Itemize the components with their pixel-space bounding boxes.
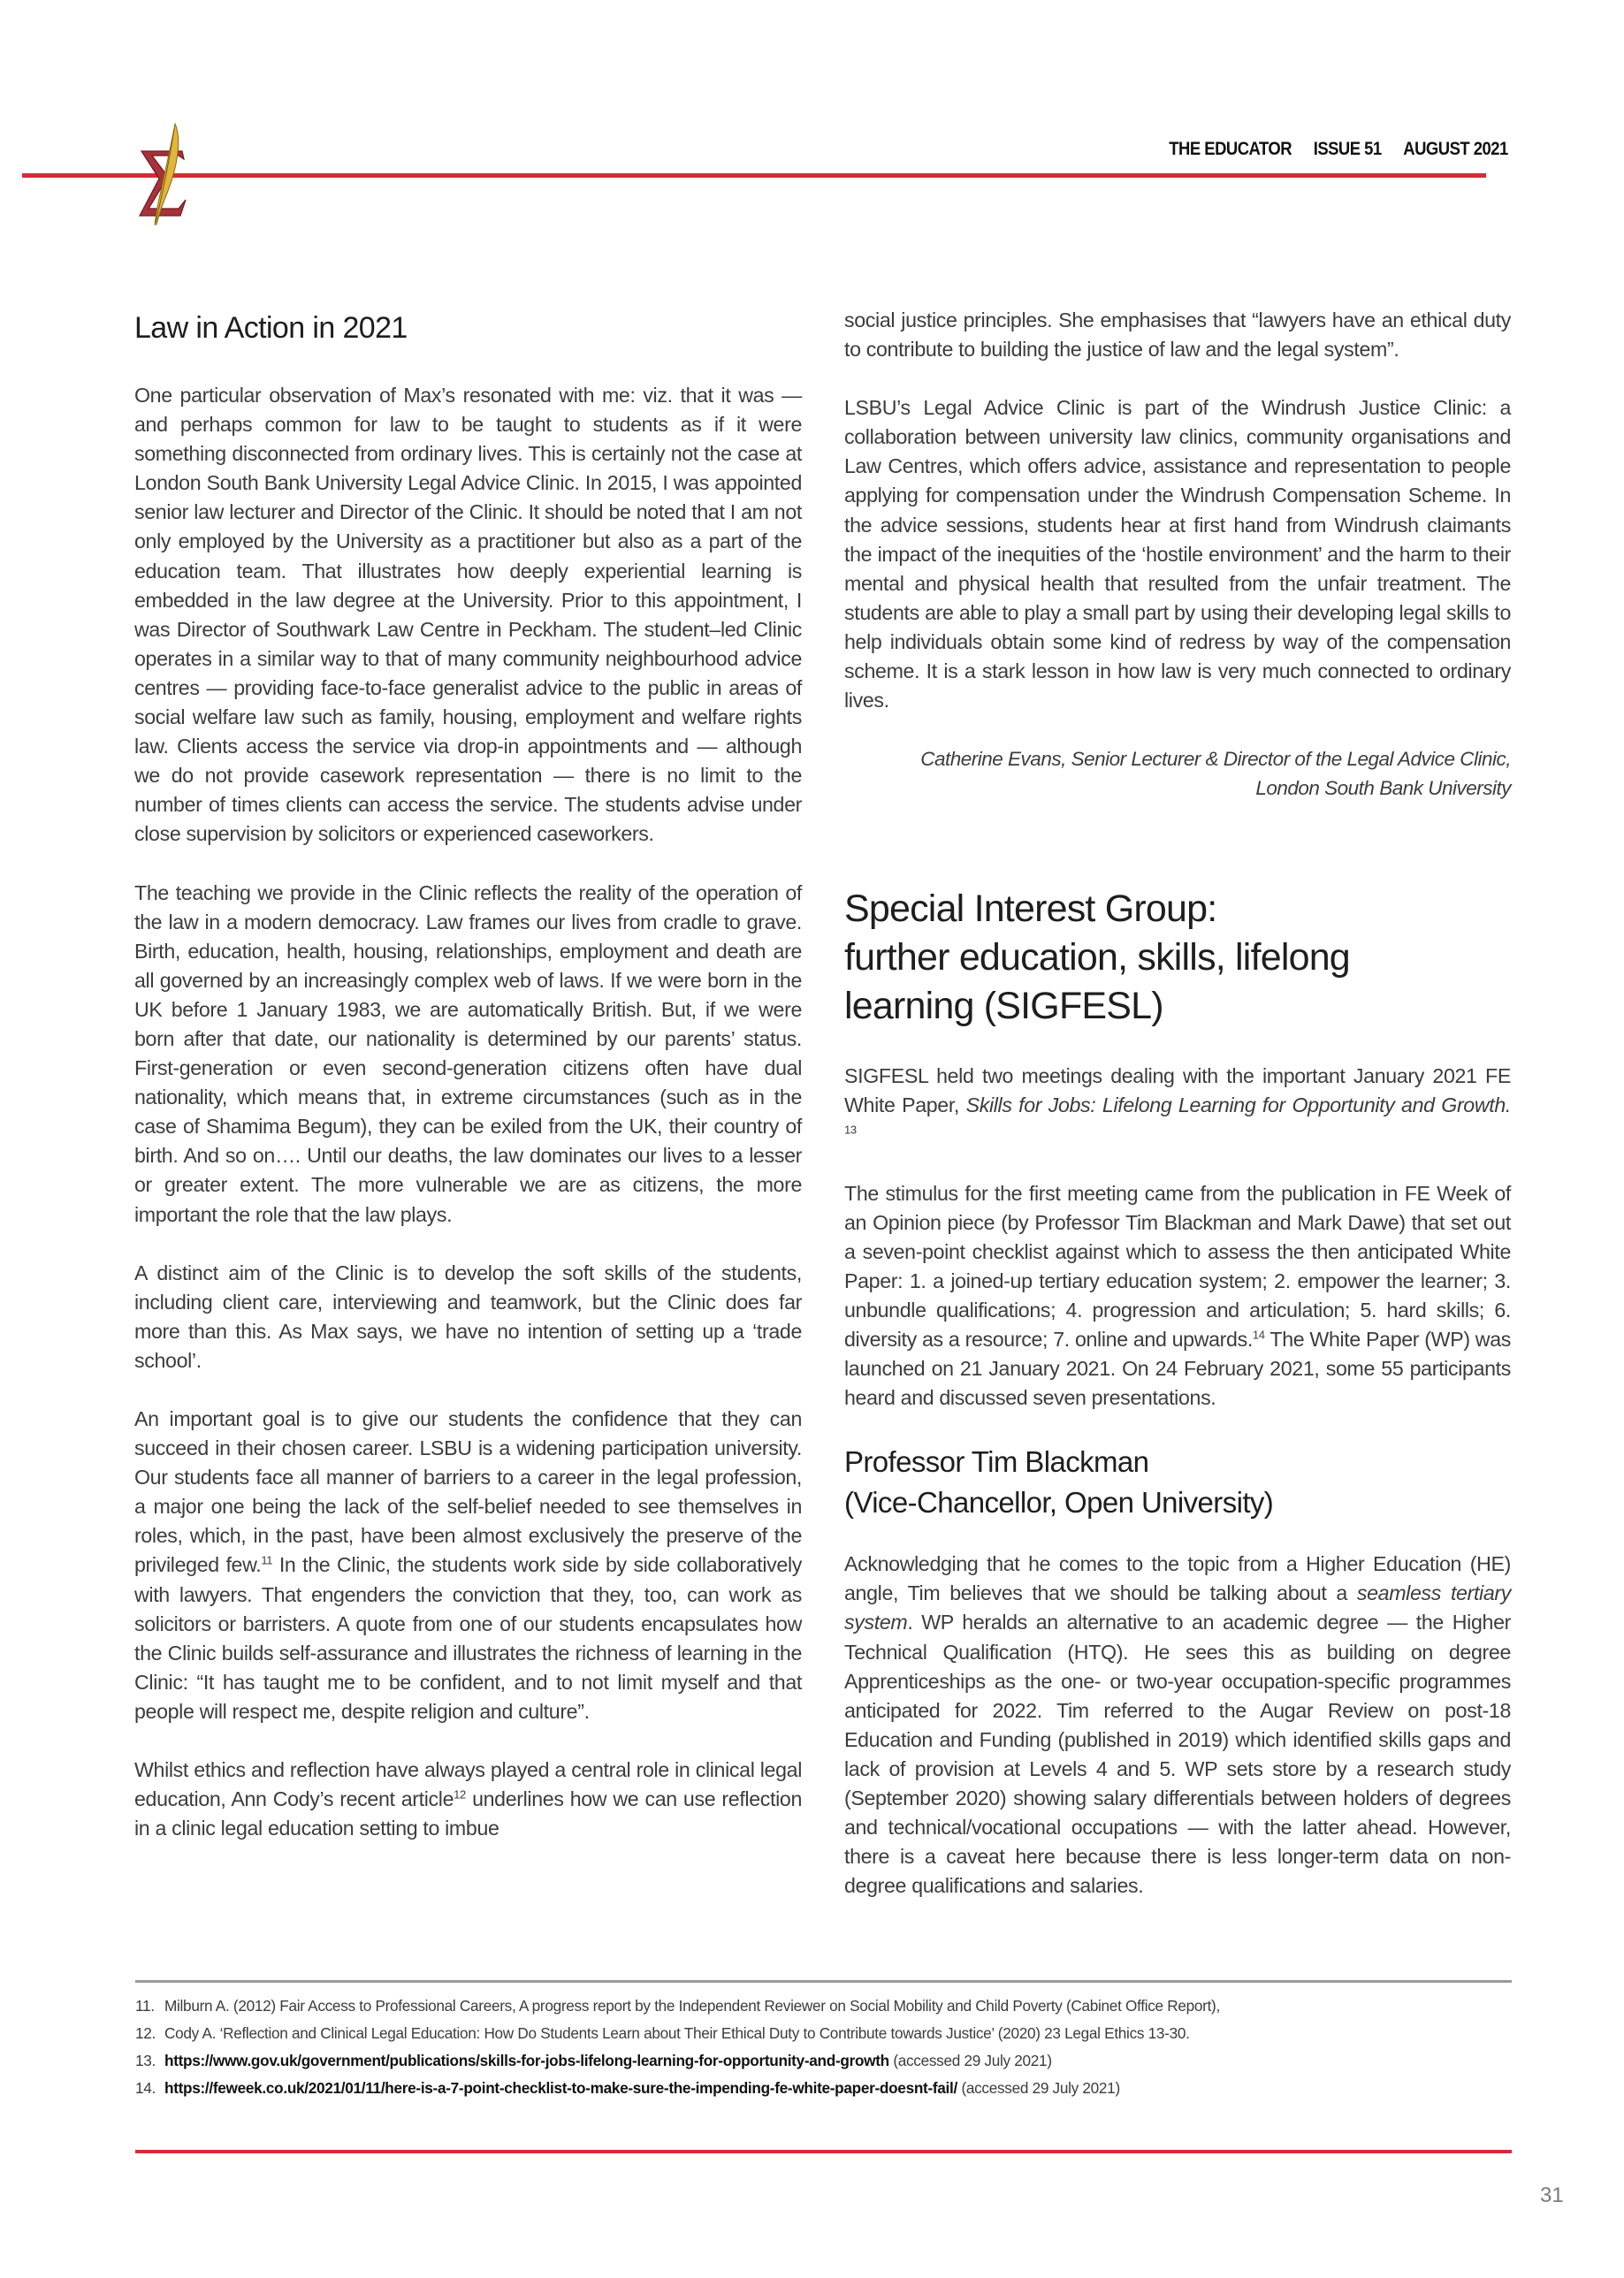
footer-rule	[135, 2150, 1512, 2153]
sigma-quill-logo-icon	[133, 122, 194, 226]
footnote-number: 12.	[135, 2020, 164, 2047]
footnote-accessed: (accessed 29 July 2021)	[889, 2052, 1052, 2069]
white-paper-title: Skills for Jobs: Lifelong Learning for O…	[966, 1093, 1511, 1116]
author-byline: Catherine Evans, Senior Lecturer & Direc…	[844, 744, 1511, 803]
byline-role: Catherine Evans, Senior Lecturer & Direc…	[844, 744, 1511, 773]
issue-number: ISSUE 51	[1314, 139, 1382, 159]
body-paragraph: An important goal is to give our student…	[134, 1405, 802, 1726]
footnote-ref-13[interactable]: 13	[844, 1124, 857, 1137]
footnote-ref-12[interactable]: 12	[454, 1787, 466, 1801]
body-paragraph: One particular observation of Max’s reso…	[134, 381, 802, 849]
publication-name: THE EDUCATOR	[1170, 139, 1292, 159]
body-paragraph: LSBU’s Legal Advice Clinic is part of th…	[844, 393, 1511, 715]
footnote-13: 13.https://www.gov.uk/government/publica…	[135, 2047, 1550, 2075]
paragraph-text: An important goal is to give our student…	[134, 1407, 802, 1576]
masthead: THE EDUCATORISSUE 51AUGUST 2021	[1147, 139, 1508, 160]
body-paragraph: Acknowledging that he comes to the topic…	[844, 1550, 1511, 1901]
speaker-role: (Vice-Chancellor, Open University)	[844, 1482, 1511, 1523]
section-title-line: Special Interest Group:	[844, 885, 1511, 933]
footnote-number: 11.	[135, 1992, 164, 2020]
footnote-14: 14.https://feweek.co.uk/2021/01/11/here-…	[135, 2075, 1550, 2102]
body-paragraph: A distinct aim of the Clinic is to devel…	[134, 1259, 802, 1375]
footnote-text: Cody A. ‘Reflection and Clinical Legal E…	[164, 2024, 1190, 2042]
paragraph-text: . WP heralds an alternative to an academ…	[844, 1611, 1511, 1897]
issue-date: AUGUST 2021	[1404, 139, 1508, 159]
section-title: Special Interest Group: further educatio…	[844, 885, 1511, 1031]
byline-institution: London South Bank University	[844, 773, 1511, 803]
header-rule	[22, 173, 1486, 178]
right-column: social justice principles. She emphasise…	[844, 306, 1511, 1901]
body-paragraph: social justice principles. She emphasise…	[844, 306, 1511, 364]
footnote-link[interactable]: https://www.gov.uk/government/publicatio…	[164, 2052, 889, 2069]
footnote-link[interactable]: https://feweek.co.uk/2021/01/11/here-is-…	[164, 2079, 957, 2097]
footnote-number: 13.	[135, 2047, 164, 2075]
article-title: Law in Action in 2021	[134, 311, 802, 346]
paragraph-text: In the Clinic, the students work side by…	[134, 1553, 802, 1722]
footnote-rule	[135, 1980, 1512, 1983]
page-number: 31	[1540, 2183, 1564, 2208]
footnote-accessed: (accessed 29 July 2021)	[957, 2079, 1120, 2097]
footnote-ref-14[interactable]: 14	[1253, 1328, 1265, 1341]
footnote-text: Milburn A. (2012) Fair Access to Profess…	[164, 1997, 1220, 2015]
footnote-12: 12.Cody A. ‘Reflection and Clinical Lega…	[135, 2020, 1550, 2047]
body-paragraph: Whilst ethics and reflection have always…	[134, 1756, 802, 1843]
subsection-title: Professor Tim Blackman (Vice-Chancellor,…	[844, 1442, 1511, 1523]
footnote-11: 11.Milburn A. (2012) Fair Access to Prof…	[135, 1992, 1550, 2020]
footnote-number: 14.	[135, 2075, 164, 2102]
speaker-name: Professor Tim Blackman	[844, 1442, 1511, 1482]
paragraph-text: The stimulus for the first meeting came …	[844, 1182, 1511, 1351]
section-title-line: further education, skills, lifelong	[844, 933, 1511, 982]
footnote-ref-11[interactable]: 11	[261, 1554, 272, 1567]
footnotes-list: 11.Milburn A. (2012) Fair Access to Prof…	[135, 1992, 1550, 2102]
body-paragraph: The stimulus for the first meeting came …	[844, 1179, 1511, 1413]
left-column: Law in Action in 2021 One particular obs…	[134, 306, 802, 1843]
body-paragraph: SIGFESL held two meetings dealing with t…	[844, 1062, 1511, 1149]
section-title-line: learning (SIGFESL)	[844, 982, 1511, 1031]
body-paragraph: The teaching we provide in the Clinic re…	[134, 879, 802, 1230]
